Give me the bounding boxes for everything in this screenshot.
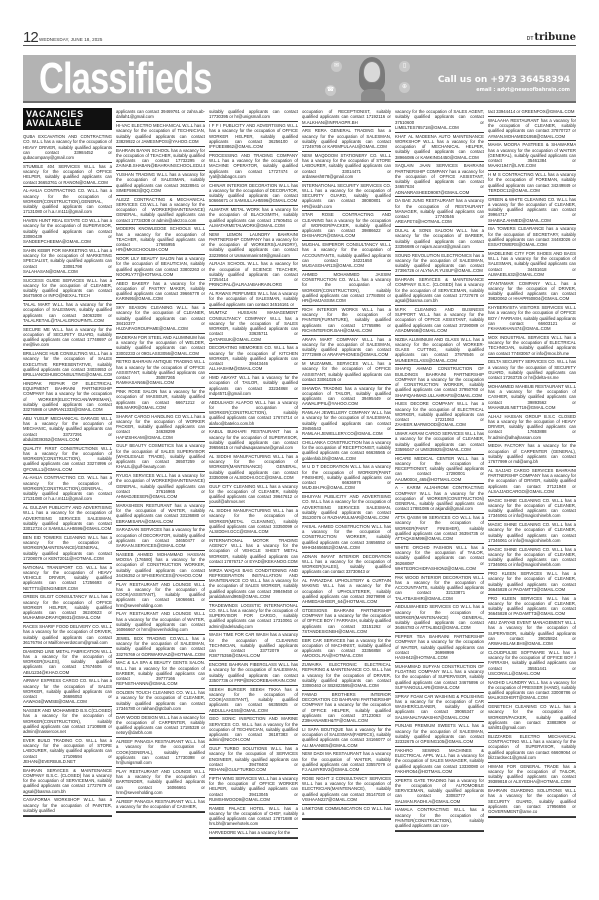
classified-ad: MAGIC SHINE CLEANING CO. W.L.L has a vac… [488,546,576,571]
ad-company: MAGIC SHINE CLEANING CO. W.L.L [488,498,563,503]
ad-list: occupation of RECEPTIONIST, suitably qua… [302,108,391,820]
ad-company: ABU YUSUF MECHANICAL GARAGE W.L.L [23,416,112,421]
globe-icon: ⊕ [399,82,410,93]
classified-ad: FAISAL AHMED CONSTRUCTION W.L.L has a va… [302,523,391,553]
classified-ad: AL-AHLIA CONTRACTING CO. W.L.L has a vac… [23,474,112,504]
classified-ad: tact 33944414 or GREENFOX@GMAIL.COM [488,108,576,117]
ad-company: AL SIDDHI MANUFACTURING W.L.L [209,454,284,459]
classified-ad: BRILLIANCE HUB CONSULTING W.L.L has a va… [23,350,112,380]
ad-company: MAGIC SHINE CLEANING CO. W.L.L [488,547,563,552]
classified-ad: PLAY RESTAURANT AND LOUNGE W.L.L has a v… [116,610,205,635]
classified-ad: ROSE NIGHT 2 CONSULTANCY SERVICES W.L.L … [302,775,391,805]
classified-ad: M.P.K CLEANING AND BUSINESS SUPPORT W.L.… [395,306,484,336]
page-header: 12 WEDNESDAY, JUNE 18, 2025 DTtribune [23,32,576,46]
classified-ad: QUBA EXCAVATION AND CONTRACTING CO. W.L.… [23,133,112,163]
ad-company: Secure Me W.L.L [23,327,63,332]
ad-company: BEN EID TOWERS CLEANING W.L.L [23,535,99,540]
classified-ad: PUNJAB PREMIUM SWEETS W.L.L has a vacanc… [395,722,484,747]
classified-ad: KHAT AL MADEENA AUTO MAINTENANCE WORKSHO… [395,133,484,163]
ad-company: HICARE MEDICAL CENTER W.L.L [395,456,468,461]
ad-company: HARVEDORE W.L.L [209,830,248,835]
classified-ad: ALREEF PANAGIA RESTAURANT W.L.L has a va… [116,738,205,768]
ad-company: AL RAWAS PERFUMES W.L.L [209,291,269,296]
ad-company: PINK ROSE SALON [116,389,157,394]
vacancies-heading: VACANCIES AVAILABLE [23,108,112,130]
ad-body: has a vacancy for the occupation of WORK… [23,713,112,734]
ad-company: ARS RERA GENERAL TRADING [302,128,374,133]
classified-ad: ALREEF PANAGIA RESTAURANT W.L.L has a va… [116,798,205,812]
ad-company: ALHAJ HASSAN GROUP B.S.C CLOSED [488,414,576,419]
ad-company: GOLDEN TOUCH CLEANING CO. W.L.L [116,690,196,695]
classified-ad: ARS RERA GENERAL TRADING has a vacancy f… [302,127,391,152]
classified-ad: PROCESSING AND TRADING COMPANY W.L.L has… [209,152,298,182]
classified-ad: LI SAFA BOUTIQUE has a vacancy for the o… [302,726,391,751]
ad-company: MUGHAL EMPEROR CONSULTANCY W.L.L [302,242,391,247]
ad-list: suitably qualified applicants can contac… [209,108,298,839]
classified-ad: BADERAN FOR STEEL AND ALUMINIUM has a va… [116,334,205,359]
ad-body: has a vacancy for the occupation of WORK… [23,451,112,472]
classified-ad: WALAAHA RESTAURANT has a vacancy for the… [488,117,576,142]
ad-company: GENETECH CLEANING CO W.L.L [488,704,560,709]
column-4: occupation of RECEPTIONIST, suitably qua… [302,108,391,820]
ad-company: MAGIC SHINE CLEANING CO. W.L.L [488,522,563,527]
classified-ad: Secure Me W.L.L has a vacancy for the oc… [23,326,112,351]
classified-ad: WHITE ORCHID FASHION W.L.L has a vacancy… [395,544,484,574]
classified-ad: Casaforma workshop W.L.L has a vacancy f… [23,796,112,815]
classified-ad: ABU YUSUF MECHANICAL GARAGE W.L.L has a … [23,415,112,445]
classified-ad: BAHRAIN SERVICES & MAINTENANCE COMPANY B… [23,767,112,797]
classified-ad: EVER BUILD TRADING CO. W.L.L has a vacan… [23,737,112,767]
classified-ad: GREEN GILGIT CONSULTANCY W.L.L has a vac… [23,593,112,623]
ad-company: H M S CONTRACTING W.L.L [488,172,546,177]
classified-ad: MARASHEEN RESTURANT has a vacancy for th… [116,502,205,527]
ad-company: HUES DECORE COMPANY W.L.L [395,401,468,406]
classified-ad: SHAWDA TRADING has a vacancy for the occ… [302,385,391,410]
ad-body: has a vacancy for the occupation of WAIT… [488,148,576,169]
classified-ad: AL SAJJAD CARGO SERVICES BAHRAINI PARTNE… [488,467,576,497]
ad-company: PRO KLEEN SERVICES W.L.L [488,571,558,576]
banner-phone: Call us on +973 36458394 [438,75,570,85]
classified-ad: SAQLAIN JAAN SERVICES BAHRAINI PARTNERSH… [395,162,484,197]
classified-ad: PINK ROSE SALON has a vacancy for the oc… [116,388,205,413]
ad-company: ENCORE BAHRAIN FIBERGLASS W.L.L [209,662,289,667]
column-2: applicants can contact 39469761 or zahra… [116,108,205,813]
classified-ad: STAR ROSE CONTRACTING AND CLEANING has a… [302,211,391,241]
mascot-body [361,89,385,103]
classified-ad: suitably qualified applicants can contac… [209,108,298,122]
classified-ad: SPRAY FOAM CAR WASHING & POLISHING has a… [395,693,484,723]
ad-body: has a vacancy for the [248,830,290,835]
ad-company: HAMALA CONTRACTING W.L.L [395,807,465,812]
classified-ad: ABU ZARYAB EVENT MANAGEMENT W.L.L has a … [488,619,576,649]
classified-ad: CHINAR INTERIOR DECORATION W.L.L has a v… [209,182,298,207]
email-icon: ✉ [331,61,342,72]
classified-ad: ZUWAIRA ELECTRONIC ELECTRICAL REPAIRING … [302,661,391,691]
classified-ad: MAGIC SHINE CLEANING CO. W.L.L has a vac… [488,521,576,546]
ad-company: RAMEE PALACE HOTEL W.L.L [209,806,280,811]
ad-company: LINKTONE COMMUNICATION CO W.L.L [302,806,382,811]
ad-body: tact 33944414 or GREENFOX@GMAIL.COM [488,109,575,114]
mascot-face [363,61,381,83]
classified-columns: VACANCIES AVAILABLE QUBA EXCAVATION AND … [23,108,576,853]
classified-ad: BAHRAIN SERVICES & MAINTENANCE COMPANY B… [395,276,484,306]
classified-ad: KHYBERVISTA VISITORS SERVICES W.L.L has … [488,304,576,334]
ad-body: vacancy for the occupation of SALES AGEN… [395,109,484,130]
ad-company: ABDULWAHEED SERVICES CO W.L.L [395,604,471,609]
ad-company: NEW DADI MA RESTAURANT [302,751,362,756]
ad-company: DULAL & SONS SALOON W.L.L [395,228,467,233]
ad-company: EBR CAR SERVICES [302,638,345,643]
column-6: tact 33944414 or GREENFOX@GMAIL.COMWALAA… [488,108,576,818]
classified-ad: NASEEB AHMED MOHAMMAD HASSAN MOOSA (1765… [116,551,205,581]
ad-company: GULF BEAUTY COSMETICS [116,443,174,448]
classified-ad: HMD ABAYAT W.L.L has a vacancy for the o… [209,374,298,399]
classified-ad: occupation of RECEPTIONIST, suitably qua… [302,108,391,127]
classified-ad: AIRWAY EXPRESS CARGO CO. W.L.L has a vac… [23,677,112,707]
ad-body: has a vacancy for the occupation of ADVE… [23,510,112,531]
classified-ad: GENETECH CLEANING CO W.L.L has a vacancy… [488,703,576,733]
classified-ad: QUALITY FIRST CONSTRUCTIONS W.L.L has a … [23,445,112,475]
classified-ad: SKY SEASON CLEANING W.L.L has a vacancy … [116,304,205,334]
ad-company: HAVEN HUNT REAL ESTATE CO W.L.L [23,218,100,223]
ad-company: DAR WOOD DESIGN W.L.L [116,715,170,720]
classified-ad: NEW LEMON LAUNDRY BAHRAINI PARTNERSHIP C… [209,231,298,261]
classified-ad: BLIZZARDS ELECTRO MECHANICAL CONTRACTING… [488,733,576,763]
classified-ad: GOLDEN TOUCH CLEANING CO. W.L.L has a va… [116,689,205,714]
ad-company: SEEKH BURGER SEEKH TIKKA [209,687,281,692]
ad-company: SOUND REVOLUTION ELECTRONICS [395,253,472,258]
classified-ad: BAHRAIN GUARDING SOLUTIONS W.L.L has a v… [488,787,576,817]
classified-ad: AL SIDDHI MANUFACTURING W.L.L has a vaca… [209,507,298,537]
ad-company: Xperts Gate Trading [395,778,446,783]
classified-ad: DIAMOND LINE METAL FABRICATION W.L.L has… [23,648,112,678]
masthead-logo: DTtribune [527,32,576,43]
ad-body: has a vacancy for the occupation of ACCO… [395,580,484,601]
classified-ad: A - KARIM ALJAHROMI CONTRACTING COMPANY … [395,484,484,514]
classified-ad: M U D T DECORATION W.L.L has a vacancy f… [302,463,391,493]
classified-ad: NASSER AND MOHAMMED B.S.C(CLOSED) has a … [23,707,112,737]
mobile-icon: ▯ [399,61,410,72]
ad-company: NAGHID LAUNDRY W.L.L [488,680,539,685]
ad-company: AIRWAY EXPRESS CARGO CO. W.L.L [23,678,100,683]
classified-ad: ENCORE BAHRAIN FIBERGLASS W.L.L has a va… [209,661,298,686]
ad-list: applicants can contact 39469761 or zahra… [116,108,205,813]
classified-ad: SOUND REVOLUTION ELECTRONICS has a vacan… [395,252,484,277]
classified-ad: RAMLAH JEWELLERY COMPANY W.L.L has a vac… [302,409,391,439]
ad-list: vacancy for the occupation of SALES AGEN… [395,108,484,832]
classified-ad: ATANTAMAR COMPANY W.L.L has a vacancy fo… [488,280,576,305]
ad-company: CLOUDPULSE SOFTWARE W.L.L [488,650,559,655]
classified-ad: ABEO BAKERY has a vacancy for the occupa… [116,280,205,305]
ad-company: NASSER AND MOHAMMED B.S.C(CLOSED) [23,708,112,713]
classified-ad: SAHIN KEBIR FOR MARKETING W.L.L has a va… [23,247,112,277]
classified-ad: DULAL & SONS SALOON W.L.L has a vacancy … [395,227,484,252]
ad-company: ARAFA MART COMPANY W.L.L [302,337,373,342]
classified-ad: FAWAD BROTHERS INTERIOR DECORATION CO BA… [302,691,391,726]
ad-company: RAMLAH JEWELLERY COMPANY W.L.L [302,410,382,415]
classified-ad: RICH INTERIOR WORKS W.L.L has a vacancy … [302,306,391,336]
classified-ad: AL-AHLIA CONTRACTING CO. W.L.L has a vac… [23,187,112,217]
ad-company: SKY SEASON CLEANING W.L.L [116,305,188,310]
ad-body: has a vacancy for the occupation of OFFI… [116,365,205,386]
ad-company: M U D T DECORATION W.L.L [302,464,361,469]
ad-company: LI SAFA BOUTIQUE [302,727,343,732]
ad-body: has a vacancy for the occupation of COOK… [116,587,205,608]
classified-ad: HAMALA CONTRACTING W.L.L has a vacancy f… [395,806,484,831]
ad-company: ATANTAMAR COMPANY W.L.L [488,281,556,286]
ad-company: MODERN KNOWLEDGE SCHOOLS W.L.L [116,226,205,231]
ad-company: DECORATING MEMORIES CO. W.L.L [209,345,285,350]
ad-body: occupation of RECEPTIONIST, suitably qua… [302,109,391,125]
ad-company: ISA TOWERS CLEARANCE [488,226,544,231]
classified-ad: HINDPAK REPAIR OF ELECTRICAL EQUIPMENT B… [23,380,112,415]
logo-prefix: DT [527,36,534,42]
page-date: WEDNESDAY, JUNE 18, 2025 [39,37,103,42]
classified-ad: RACES SHARIF FOOD DELIVERY CO. W.L.L has… [23,623,112,648]
ad-company: NATIONAL TRANSPORT CO. W.L.L [23,565,97,570]
ad-company: WASH TIME FOR CAR WASH [209,632,269,637]
ad-body: has a vacancy for the occupation of WAIT… [116,617,205,633]
ad-company: GULF CITY CLEANING W.L.L [209,484,268,489]
classified-ad: JEWEL BOX TRADING CO.W.L.L has a vacancy… [116,635,205,660]
classified-ad: DA BAE JUNG RESTAURANT has a vacancy for… [395,197,484,227]
ad-company: TALAL MART W.L.L [23,302,63,307]
ad-company: AL-AHLIA CONTRACTING CO. W.L.L [23,475,98,480]
ad-body: has a vacancy for the occupation of BART… [116,774,205,795]
column-1: VACANCIES AVAILABLE QUBA EXCAVATION AND … [23,108,112,817]
ad-company: PAK WOOD INTERIOR DECORATION W.L.L [395,575,484,580]
ad-company: PLAY RESTAURANT AND LOUNGE W.L.L [116,769,205,774]
classified-ad: HARVEDORE W.L.L has a vacancy for the [209,829,298,838]
classified-ad: MUGHAL EMPEROR CONSULTANCY W.L.L has a v… [302,241,391,271]
classified-ad: WASH TIME FOR CAR WASH has a vacancy for… [209,631,298,661]
classified-ad: MUHAMMAD SUFYAN CONSTRUCTION OF FLOATING… [395,663,484,693]
classified-ad: ALHAJ HASSAN GROUP B.S.C CLOSED has a va… [488,413,576,443]
classified-ad: HAVEN HUNT REAL ESTATE CO W.L.L has a va… [23,217,112,247]
ad-body: has a vacancy for the occupation of SALE… [488,256,576,277]
classified-ad: I F F I PUBLICITY AND ADVERTISING W.L.L … [209,122,298,152]
classified-ad: NIZBA ALUMINIUM AND GLASS W.L.L has a va… [395,336,484,366]
ad-body: has a vacancy for the occupation of SECU… [302,188,391,209]
classified-ad: PLAY RESTAURANT AND LOUNGE W.L.L has a v… [116,768,205,798]
ad-company: GULF TURBO SOLUTIONS W.L.L [209,746,282,751]
ad-company: QUALITY FIRST CONSTRUCTIONS W.L.L [23,446,112,451]
classified-ad: ALRAJA SCHOOL W.L.L has a vacancy for th… [209,260,298,290]
ad-body: has a vacancy for the occupation of SUPE… [488,625,576,646]
classified-ad: FIFTH WING SERVICES W.L.L has a vacancy … [209,775,298,805]
ad-company: Mohammed Mahbub Restaurant W.L.L [488,384,576,389]
classified-ad: ISA TOWERS CLEARANCE has a vacancy for t… [488,225,576,250]
ad-list: QUBA EXCAVATION AND CONTRACTING CO. W.L.… [23,133,112,817]
classified-ad: BAHRAIN BAYAN SCHOOL has a vacancy for t… [116,147,205,172]
ad-body: has a vacancy for the occupation of CASH… [488,389,576,410]
classified-ad: HUES DECORE COMPANY W.L.L has a vacancy … [395,400,484,430]
ad-company: ALREEF PANAGIA RESTAURANT W.L.L [116,739,196,744]
classified-ad: ARAFA MART COMPANY W.L.L has a vacancy f… [302,336,391,361]
ad-body: has a vacancy for the occupation of MECH… [23,421,112,442]
ad-company: KHYBERVISTA VISITORS SERVICES W.L.L [488,305,576,310]
classified-ad: AL SIDDHI MANUFACTURING W.L.L has a vaca… [209,453,298,483]
classified-ad: AL GULZAR PUBLICITY AND ADVERTISING W.L.… [23,504,112,534]
classified-ad: DAR WOOD DESIGN W.L.L has a vacancy for … [116,714,205,739]
ad-company: FIFTH WING SERVICES W.L.L [209,776,269,781]
ad-company: CHINAR INTERIOR DECORATION W.L.L [209,183,290,188]
classified-ad: MUMTAZ HUSSAIN MANAGEMENT CONSULTANCY CO… [209,309,298,344]
banner-email: email : advt@newsofbahrain.com [438,87,570,93]
classified-ad: PLAY RESTAURANT AND LOUNGE W.L.L has a v… [116,581,205,611]
classified-ad: Delta Security Services Co. W.L.L has a … [488,358,576,383]
ad-company: MARASHEEN RESTURANT [116,503,172,508]
classified-ad: DECORATING MEMORIES CO. W.L.L has a vaca… [209,344,298,374]
classified-ad: Geo Sonic Inspection And Marine Services… [209,715,298,745]
ad-company: BRILLIANCE HUB CONSULTING W.L.L [23,351,100,356]
banner-title: Classifieds [39,55,212,103]
ad-body: has a vacancy for the occupation of ELEC… [302,781,391,802]
ad-company: RICH INTERIOR WORKS W.L.L [302,307,373,312]
classified-ad: RETRO BAHRAIN ANTIQUE TRADING W.L.L has … [116,358,205,388]
classified-ad: AHMED MOHAMMED JASSIM CONSTRUCTION CO. W… [302,271,391,306]
classified-ad: PRO KLEEN SERVICES W.L.L has a vacancy f… [488,595,576,620]
classified-ad: SUCCESS GUIDE SERVICES W.L.L has a vacan… [23,277,112,302]
ad-company: YUSHAN TRADING W.L.L [116,172,168,177]
column-5: vacancy for the occupation of SALES AGEN… [395,108,484,832]
classified-ad: FAKHRO SEWING MACHINES & ELECTRICAL APPL… [395,747,484,777]
classified-ad: HI-VAC ELECTRO MECHANICAL W.L.L has a va… [116,122,205,147]
ad-body: has a vacancy for the occupation of OFFI… [488,310,576,331]
ad-company: HMD ABAYAT W.L.L [209,375,250,380]
ad-company: SARAZAAN SERVICES [116,527,162,532]
ad-company: WALAAHA RESTAURANT [488,118,539,123]
ad-body: has a vacancy for the occupation of OFFI… [209,128,298,149]
ad-company: DIAMOND LINE METAL FABRICATION W.L.L [23,649,112,654]
ad-body: has a vacancy for the occupation of HEAV… [488,419,576,440]
classified-ad: CLOUDPULSE SOFTWARE W.L.L has a vacancy … [488,649,576,679]
ad-company: ABEO BAKERY [116,281,149,286]
classified-ad: MADELEINE CITY FOR SHOES AND BAGS W.L.L … [488,250,576,280]
ad-company: ALMATAR METAL WORK [209,207,260,212]
classified-ad: New Maqdoom Stationery Co. W.L.L has a v… [302,152,391,182]
classified-ad: ADNAN INAYAT INTERIOR DECORATION W.L.L h… [302,553,391,578]
classified-ad: EBR CAR SERVICES has a vacancy for the o… [302,637,391,662]
page-number: 12 [23,29,38,46]
classified-ad: PRO KLEEN SERVICES W.L.L has a vacancy f… [488,570,576,595]
ad-body: has a vacancy for the occupation of WORK… [302,559,391,575]
ad-company: chillanka construction [302,440,362,445]
ad-body: has a vacancy for the occupation of CAR … [395,699,484,720]
ad-body: applicants can contact 39469761 or zahra… [116,109,205,119]
ad-company: EVER BUILD TRADING CO. W.L.L [23,738,97,743]
classified-ad: ALEZZ CONTRACTING & MECHANICAL SERVICES … [116,196,205,226]
classified-ad: GTDESIGNS BAHRAINI PARTNERSHIP COMPANY h… [302,607,391,637]
ad-company: RACES SHARIF FOOD DELIVERY CO. W.L.L [23,624,112,629]
classified-ad: HIMANI FOR GENERAL TRADE has a vacancy f… [488,763,576,788]
classified-ad: chillanka construction has a vacancy for… [302,439,391,464]
classified-ad: INTERNATIONAL SECURITY SERVICES CO. W.L.… [302,182,391,212]
ad-company: HI-VAC ELECTRO MECHANICAL W.L.L [116,123,193,128]
ad-body: has a vacancy for the occupation of BARB… [116,666,205,687]
ad-body: has a vacancy for the occupation of DRIV… [23,629,112,645]
ad-company: SAHIN KEBIR FOR MARKETING W.L.L [23,248,100,253]
ad-company: WHITE ORCHID FASHION W.L.L [395,545,467,550]
classified-ad: MEDIA FACTORY has a vacancy for the occu… [488,442,576,467]
classified-ad: GULF BEAUTY COSMETICS has a vacancy for … [116,442,205,472]
classified-ad: MAHIA MOORA PASTRIES & SHAWARMA has a va… [488,141,576,171]
classified-ad: INTERNATIONAL MOTOR TRADING AGENCY W.L.L… [209,537,298,567]
classified-ad: RAMEE PALACE HOTEL W.L.L has a vacancy f… [209,805,298,830]
ad-company: NIZBA ALUMINIUM AND GLASS W.L.L [395,337,472,342]
classified-ad: MAGIC SHINE CLEANING CO. W.L.L has a vac… [488,497,576,522]
ad-company: PLAY RESTAURANT AND LOUNGE W.L.L [116,582,205,587]
classified-ad: NATIONAL TRANSPORT CO. W.L.L has a vacan… [23,564,112,594]
ad-body: suitably qualified applicants can contac… [209,109,298,119]
ad-company: DA BAE JUNG RESTAURANT [395,198,454,203]
ad-body: has a vacancy for the occupation of WORK… [23,654,112,675]
classified-ad: GREEN & WHITE CLEANING CO. W.L.L has a v… [488,196,576,226]
logo-text: tribune [534,32,576,43]
classified-ad: NOOR LILY BEAUTY SALON has a vacancy for… [116,255,205,280]
classified-ad: PAK WOOD INTERIOR DECORATION W.L.L has a… [395,574,484,604]
ad-company: PRO KLEEN SERVICES W.L.L [488,596,558,601]
classified-ad: SEEKH BURGER SEEKH TIKKA has a vacancy f… [209,686,298,716]
classified-ad: Mac & Ila Spa & Beauty Gents Salon. W.L.… [116,659,205,689]
classified-ad: RYUGA SERVICES W.L.L has a vacancy for t… [116,472,205,502]
classified-ad: TALAL MART W.L.L has a vacancy for the o… [23,301,112,326]
classified-ad: ALMATAR METAL WORK has a vacancy for the… [209,206,298,231]
ad-company: SHARAT CARGO HANDLING CO W.L.L [116,414,193,419]
classified-ad: BEN EID TOWERS CLEANING W.L.L has a vaca… [23,534,112,564]
classified-ad: ATTA QASIM 99 SERVICES CO W.L.L has a va… [395,514,484,544]
column-3: suitably qualified applicants can contac… [209,108,298,839]
ad-company: ABDULHADI ALAFOO W.L.L [209,400,266,405]
classified-ad: SARAZAAN SERVICES has a vacancy for the … [116,526,205,551]
classified-ad: applicants can contact 39469761 or zahra… [116,108,205,122]
classified-ad: Xperts Gate Trading has a vacancy for th… [395,777,484,807]
ad-company: BADERAN FOR STEEL AND ALUMINIUM [116,335,197,340]
ad-company: ALRAJA SCHOOL W.L.L [209,261,259,266]
classified-ad: MIRZA WAQAS BAIG CONDITIONING AND REFRIG… [209,567,298,602]
ad-company: I F F I PUBLICITY AND ADVERTISING W.L.L [209,123,298,128]
classified-ad: GULF CITY CLEANING W.L.L has a vacancy f… [209,483,298,508]
ad-company: MOX INDUSTRIAL SERVICES W.L.L [488,335,562,340]
classified-ad: YUSHAN TRADING W.L.L has a vacancy for t… [116,171,205,196]
classified-ad: HICARE MEDICAL CENTER W.L.L has a vacanc… [395,455,484,485]
ad-company: MEDIA FACTORY [488,443,525,448]
classified-ad: vacancy for the occupation of SALES AGEN… [395,108,484,133]
mascot-illustration [353,55,393,103]
classified-ad: Mohammed Mahbub Restaurant W.L.L has a v… [488,383,576,413]
classified-ad: NEW DADI MA RESTAURANT has a vacancy for… [302,750,391,775]
ad-company: NOOR LILY BEAUTY SALON [116,256,174,261]
classified-ad: BHUIYAN PUBLICITY AND ADVERTISING CO. W.… [302,493,391,523]
classified-ad: AL FARAZDAK UPHOLSTERY & CURTAIN MAKING … [302,577,391,607]
classified-ad: SHARAT CARGO HANDLING CO W.L.L has a vac… [116,413,205,443]
ad-company: JEWEL BOX TRADING CO.W.L.L [116,636,188,641]
ad-company: KABUL BUKHARI RESTAURANT [209,429,280,434]
ad-company: New Maqdoom Stationery Co. W.L.L [302,153,391,158]
banner-contact: Call us on +973 36458394 email : advt@ne… [438,75,570,93]
ad-company: FAISAL AHMED CONSTRUCTION W.L.L [302,524,382,529]
ad-body: has a vacancy for the occupation of ACCO… [302,247,391,268]
classified-ad: ABDULWAHEED SERVICES CO W.L.L has a vaca… [395,603,484,633]
ad-company: MAHIA MOORA PASTRIES & SHAWARMA [488,142,576,147]
phone-icon: ☎ [325,85,336,96]
classified-ad: GULF TURBO SOLUTIONS W.L.L has a vacancy… [209,745,298,775]
classified-ad: SHAFIQ AHMAD CONSTRUCTION OF BUILDINGS B… [395,365,484,400]
ad-company: GREEN & WHITE CLEANING CO. W.L.L [488,197,568,202]
classified-ad: MODERN KNOWLEDGE SCHOOLS W.L.L has a vac… [116,225,205,255]
classified-ad: AL RAWAS PERFUMES W.L.L has a vacancy fo… [209,290,298,309]
classified-ad: UMAR AKRAM CARGO SERVICES W.L.L has a va… [395,430,484,455]
